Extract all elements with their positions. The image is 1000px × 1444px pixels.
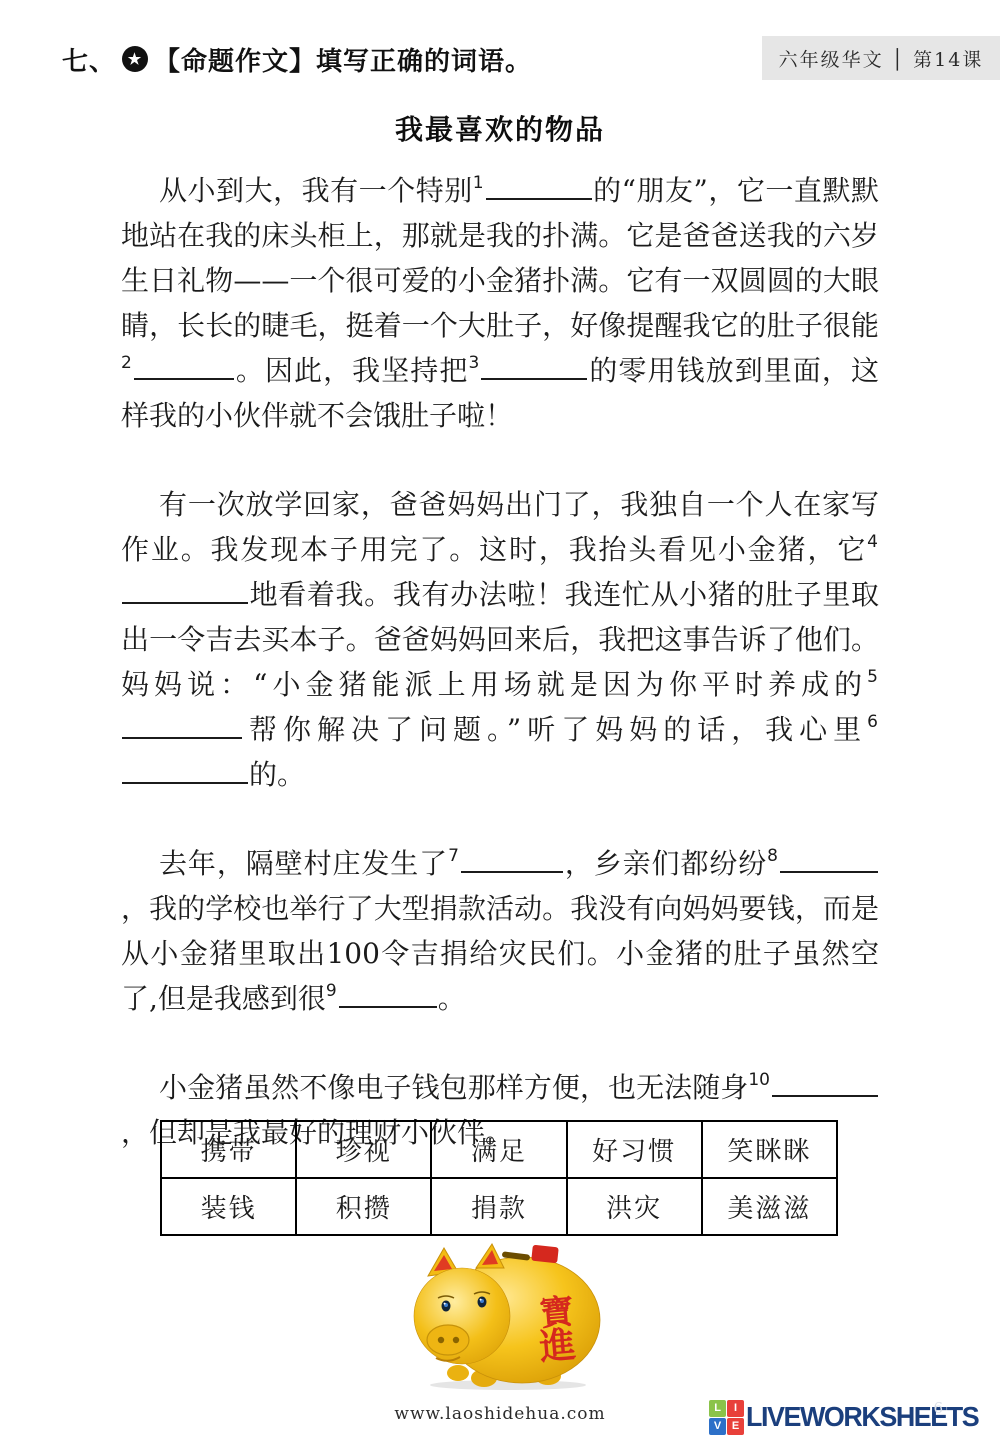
fill-blank-1[interactable] (486, 194, 592, 200)
piggy-bank-svg: 寶 進 (406, 1242, 606, 1390)
blank-number-6: 6 (867, 712, 878, 732)
body-text: 地看着我。我有办法啦！我连忙从小猪的肚子里取出一令吉去买本子。爸爸妈妈回来后，我… (121, 578, 879, 701)
fill-blank-2[interactable] (134, 374, 234, 380)
fill-blank-9[interactable] (339, 1002, 437, 1008)
star-icon: ★ (122, 46, 148, 72)
logo-letter-i: I (727, 1400, 744, 1417)
word-bank-cell: 积攒 (296, 1178, 431, 1235)
body-text: 从小到大，我有一个特别 (159, 174, 473, 207)
essay-title: 我最喜欢的物品 (0, 108, 1000, 148)
word-bank-cell: 捐款 (431, 1178, 566, 1235)
piggy-bank-image: 寶 進 (406, 1242, 606, 1390)
body-text: 。因此，我坚持把 (235, 354, 469, 387)
red-sticker (531, 1245, 559, 1264)
paragraph: 去年，隔壁村庄发生了7，乡亲们都纷纷8，我的学校也举行了大型捐款活动。我没有向妈… (121, 841, 879, 1021)
blank-number-7: 7 (448, 846, 459, 866)
paragraph: 从小到大，我有一个特别1的“朋友”，它一直默默地站在我的床头柜上，那就是我的扑满… (121, 168, 879, 438)
body-text: 去年，隔壁村庄发生了 (159, 847, 448, 880)
fill-blank-5[interactable] (122, 733, 242, 739)
body-text: 小金猪虽然不像电子钱包那样方便，也无法随身 (159, 1071, 748, 1104)
word-bank-cell: 好习惯 (567, 1121, 702, 1178)
word-bank-table: 携带珍视满足好习惯笑眯眯装钱积攒捐款洪灾美滋滋 (160, 1120, 838, 1236)
piggy-snout (427, 1325, 469, 1355)
blank-number-5: 5 (867, 667, 878, 687)
star-glyph: ★ (128, 52, 142, 67)
logo-letter-v: V (709, 1418, 726, 1435)
blank-number-8: 8 (767, 846, 778, 866)
page-number: 6 (933, 1399, 943, 1417)
word-bank-cell: 装钱 (161, 1178, 296, 1235)
blank-number-2: 2 (121, 353, 132, 373)
fortune-characters: 寶 進 (535, 1292, 578, 1369)
blank-number-9: 9 (326, 981, 337, 1001)
word-bank-cell: 洪灾 (567, 1178, 702, 1235)
fill-blank-7[interactable] (461, 867, 563, 873)
body-text: 帮你解决了问题。”听了妈妈的话，我心里 (243, 713, 867, 746)
body-text: 。 (438, 982, 466, 1015)
body-text: 有一次放学回家，爸爸妈妈出门了，我独自一个人在家写作业。我发现本子用完了。这时，… (121, 488, 879, 566)
section-number: 七、 (62, 41, 116, 78)
liveworksheets-grid: LIVE (709, 1400, 744, 1435)
blank-number-10: 10 (748, 1070, 770, 1090)
body-text: 的。 (249, 758, 305, 791)
word-bank-cell: 美滋滋 (702, 1178, 837, 1235)
word-bank-row: 装钱积攒捐款洪灾美滋滋 (161, 1178, 837, 1235)
fill-blank-10[interactable] (772, 1091, 878, 1097)
fortune-char-bottom: 進 (538, 1324, 578, 1369)
word-bank-cell: 珍视 (296, 1121, 431, 1178)
liveworksheets-wordmark: LIVEWORKSHEETS (746, 1401, 978, 1433)
body-text: ，我的学校也举行了大型捐款活动。我没有向妈妈要钱，而是从小金猪里取出100令吉捐… (121, 892, 879, 1015)
fill-blank-4[interactable] (122, 598, 248, 604)
exercise-heading: 七、 ★ 【命题作文】填写正确的词语。 (62, 41, 532, 78)
word-bank-cell: 携带 (161, 1121, 296, 1178)
logo-letter-l: L (709, 1400, 726, 1417)
fill-blank-8[interactable] (780, 867, 878, 873)
word-bank-body: 携带珍视满足好习惯笑眯眯装钱积攒捐款洪灾美滋滋 (161, 1121, 837, 1235)
fill-blank-3[interactable] (481, 374, 587, 380)
word-bank-row: 携带珍视满足好习惯笑眯眯 (161, 1121, 837, 1178)
blank-number-1: 1 (473, 173, 484, 193)
blank-number-3: 3 (468, 353, 479, 373)
logo-letter-e: E (727, 1418, 744, 1435)
course-badge: 六年级华文 │ 第14课 (762, 36, 1000, 80)
essay-body: 从小到大，我有一个特别1的“朋友”，它一直默默地站在我的床头柜上，那就是我的扑满… (121, 168, 879, 1199)
fill-blank-6[interactable] (122, 778, 248, 784)
blank-number-4: 4 (867, 532, 878, 552)
paragraph: 有一次放学回家，爸爸妈妈出门了，我独自一个人在家写作业。我发现本子用完了。这时，… (121, 482, 879, 797)
liveworksheets-logo[interactable]: LIVE LIVEWORKSHEETS (709, 1397, 988, 1437)
word-bank-cell: 满足 (431, 1121, 566, 1178)
body-text: ，乡亲们都纷纷 (564, 847, 767, 880)
exercise-instruction: 【命题作文】填写正确的词语。 (154, 41, 532, 78)
word-bank-cell: 笑眯眯 (702, 1121, 837, 1178)
page-header: 七、 ★ 【命题作文】填写正确的词语。 六年级华文 │ 第14课 (62, 36, 1000, 82)
